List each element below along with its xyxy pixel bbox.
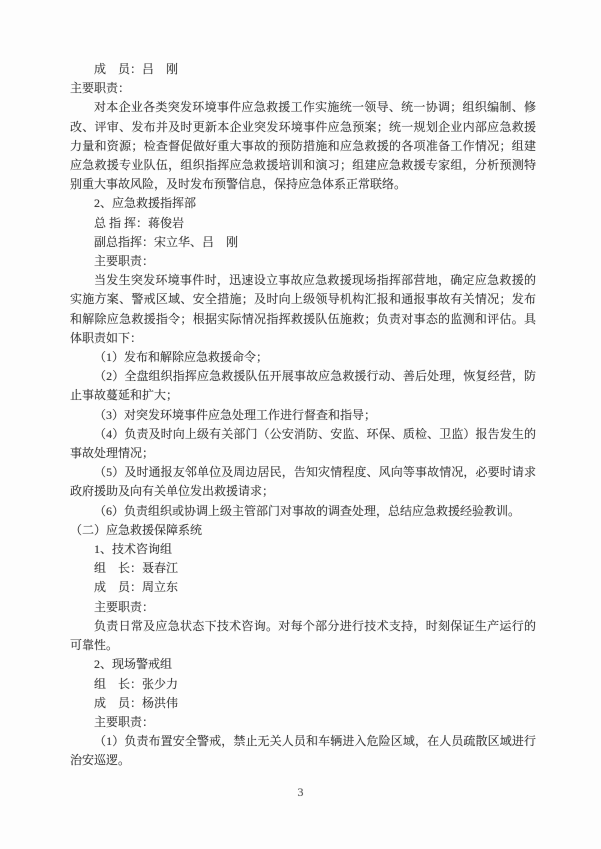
main-duties-heading: 主要职责： — [70, 79, 536, 98]
document-body: 成 员：吕 刚 主要职责： 对本企业各类突发环境事件应急救援工作实施统一领导、统… — [70, 60, 536, 771]
main-duties-heading-2: 主要职责： — [70, 252, 536, 271]
tech-group-leader-line: 组 长：聂春江 — [70, 559, 536, 578]
duty-item-4: （4）负责及时向上级有关部门（公安消防、安监、环保、质检、卫监）报告发生的事故处… — [70, 425, 536, 463]
tech-group-duties-paragraph: 负责日常及应急状态下技术咨询。对每个部分进行技术支持，时刻保证生产运行的可靠性。 — [70, 617, 536, 655]
security-group-duty-item-1: （1）负责布置安全警戒，禁止无关人员和车辆进入危险区域，在人员疏散区域进行治安巡… — [70, 732, 536, 770]
leadership-duties-paragraph: 对本企业各类突发环境事件应急救援工作实施统一领导、统一协调；组织编制、修改、评审… — [70, 98, 536, 194]
command-dept-duties-paragraph: 当发生突发环境事件时，迅速设立事故应急救援现场指挥部营地，确定应急救援的实施方案… — [70, 271, 536, 348]
main-duties-heading-4: 主要职责： — [70, 713, 536, 732]
duty-item-6: （6）负责组织或协调上级主管部门对事故的调查处理，总结应急救援经验教训。 — [70, 502, 536, 521]
page-number: 3 — [0, 785, 601, 800]
numbered-heading-tech-group: 1、技术咨询组 — [70, 540, 536, 559]
duty-item-2: （2）全盘组织指挥应急救援队伍开展事故应急救援行动、善后处理，恢复经营，防止事故… — [70, 367, 536, 405]
duty-item-5: （5）及时通报友邻单位及周边居民，告知灾情程度、风向等事故情况，必要时请求政府援… — [70, 463, 536, 501]
member-line: 成 员：吕 刚 — [70, 60, 536, 79]
section-heading-support-system: （二）应急救援保障系统 — [70, 521, 536, 540]
security-group-leader-line: 组 长：张少力 — [70, 675, 536, 694]
main-duties-heading-3: 主要职责： — [70, 598, 536, 617]
duty-item-3: （3）对突发环境事件应急处理工作进行督查和指导； — [70, 406, 536, 425]
deputy-commander-line: 副总指挥：宋立华、吕 刚 — [70, 233, 536, 252]
numbered-heading-command-dept: 2、应急救援指挥部 — [70, 194, 536, 213]
chief-commander-line: 总 指 挥：蒋俊岩 — [70, 214, 536, 233]
security-group-member-line: 成 员：杨洪伟 — [70, 694, 536, 713]
duty-item-1: （1）发布和解除应急救援命令； — [70, 348, 536, 367]
numbered-heading-security-group: 2、现场警戒组 — [70, 655, 536, 674]
document-page: 成 员：吕 刚 主要职责： 对本企业各类突发环境事件应急救援工作实施统一领导、统… — [0, 0, 601, 849]
tech-group-member-line: 成 员：周立东 — [70, 578, 536, 597]
